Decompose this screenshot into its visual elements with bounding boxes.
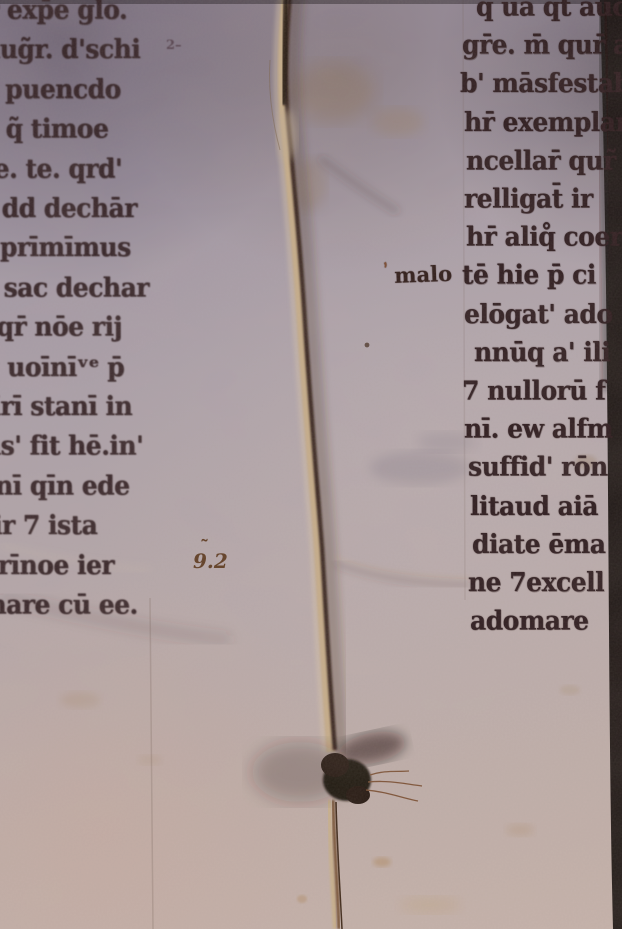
stain	[506, 824, 534, 836]
text-line: ē q̃ timoe	[0, 109, 149, 149]
text-line: g̃ uoīnīᵛᵉ p̄	[0, 347, 149, 387]
stain	[560, 685, 580, 695]
manuscript-photo: r exp̄e glo.aug̃r. d'schiq̄ puencdoē q̃ …	[0, 0, 622, 929]
ghost-text-smudge	[370, 432, 477, 484]
quire-mark: ˜9.2	[193, 549, 228, 573]
text-line: gr̄e. m̄ qur̄ a	[462, 26, 622, 64]
stain	[294, 159, 326, 211]
text-line: ne 7excell	[468, 564, 622, 602]
text-line: litaud aiā	[470, 487, 622, 525]
stain	[138, 755, 162, 765]
sewn-repair-seam	[269, 0, 342, 929]
text-line: nī. ew alfm	[464, 410, 622, 448]
quire-mark-tilde: ˜	[200, 537, 209, 558]
thread-knot	[252, 726, 422, 804]
text-line: 7 nullorū f	[462, 372, 622, 410]
text-line: dir 7 ista	[0, 505, 149, 545]
text-line: ue. te. qrd'	[0, 149, 149, 189]
left-text-column: r exp̄e glo.aug̃r. d'schiq̄ puencdoē q̃ …	[0, 0, 149, 624]
text-line: hr̄ aliq̊ coer	[466, 218, 622, 256]
text-line: hr̄ exemplar	[464, 103, 622, 141]
text-line: tē hie p̄ ci	[462, 257, 622, 295]
stain	[372, 108, 424, 136]
text-line: n prīmīmus	[0, 228, 149, 268]
text-line: ncellar̄ qur̃	[466, 142, 622, 180]
quire-mark-text: 9.2	[193, 549, 228, 573]
stain	[297, 895, 307, 903]
knot-shadow	[252, 742, 348, 802]
text-line: f nare cū ee.	[0, 585, 149, 625]
stain	[400, 897, 460, 913]
text-line: r exp̄e glo.	[0, 0, 149, 30]
right-text-column: q ūa qt aūcgr̄e. m̄ qur̄ ab' māsfestab'h…	[462, 0, 622, 640]
text-line: f qr̄ nōe rij	[0, 307, 149, 347]
text-line: q ūa qt aūc	[476, 0, 622, 26]
thread-fibers	[366, 771, 422, 801]
stain	[291, 62, 375, 122]
text-line: suffid' rōn	[468, 449, 622, 487]
flourish-mark: 2–	[166, 38, 182, 53]
text-line: h̄ rīnoe ier	[0, 545, 149, 585]
margin-note-malo: ʼmalo	[388, 261, 453, 288]
stain	[60, 692, 100, 708]
text-line: ē sac dechar	[0, 268, 149, 308]
ink-speck	[365, 343, 370, 348]
text-line: q̄ puencdo	[0, 69, 149, 109]
stain	[373, 857, 391, 867]
text-line: īns' fit hē.in'	[0, 426, 149, 466]
ruling-line	[150, 598, 153, 929]
text-line: elōgat' ado	[464, 295, 622, 333]
text-line: diate ēma	[472, 525, 622, 563]
text-line: nnūq a' ili	[474, 333, 622, 371]
text-line: adomare	[470, 602, 622, 640]
text-line: b' māsfestab'	[460, 65, 622, 103]
text-line: dnī qīn ede	[0, 466, 149, 506]
text-line: ē dd dechār	[0, 188, 149, 228]
text-line: eīrī stanī in	[0, 387, 149, 427]
margin-note-text: malo	[394, 261, 453, 288]
knot-smudge	[336, 726, 409, 769]
text-line: aug̃r. d'schi	[0, 30, 149, 70]
text-line: relligat̄ ir	[464, 180, 622, 218]
